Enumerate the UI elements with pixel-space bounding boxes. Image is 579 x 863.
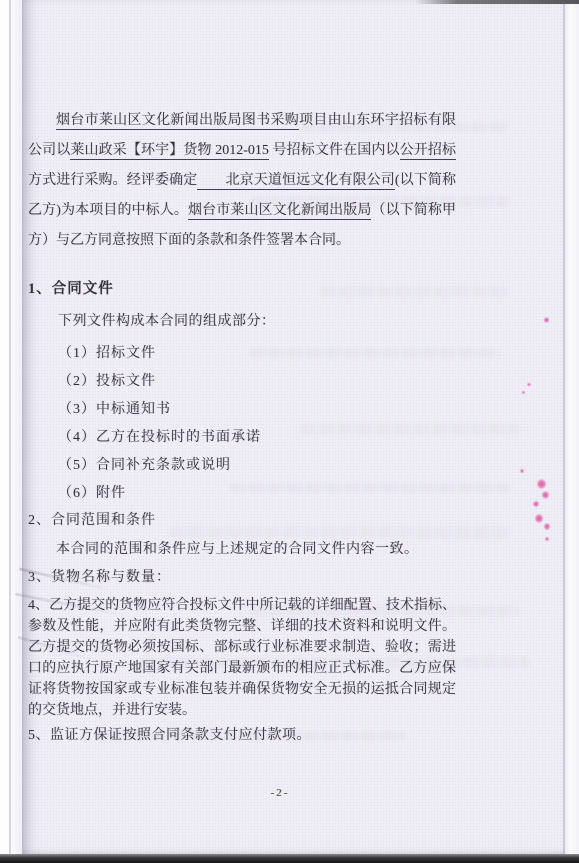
clause-5-body: 5、监证方保证按照合同条款支付应付款项。 [28, 725, 456, 746]
list-item: （3）中标通知书 [58, 396, 456, 424]
underlined-text: 烟台市莱山区文化新闻出版局 [188, 203, 371, 220]
underlined-text: 北京天道恒远文化有限公司 [197, 173, 395, 190]
list-item: （5）合同补充条款或说明 [58, 452, 456, 480]
scanner-left-backing [0, 0, 22, 863]
scanner-right-backing [565, 0, 579, 856]
underlined-text: 公开招标 [400, 143, 456, 160]
intro-paragraph: 烟台市莱山区文化新闻出版局图书采购项目由山东环宇招标有限公司以莱山政采【环宇】货… [28, 106, 456, 256]
contract-documents-list: （1）招标文件 （2）投标文件 （3）中标通知书 （4）乙方在投标时的书面承诺 … [58, 340, 456, 508]
scanner-bottom-edge [0, 854, 579, 863]
clause-3-heading: 3、货物名称与数量： [28, 567, 456, 589]
list-item: （2）投标文件 [58, 368, 456, 396]
underlined-text: 烟台市莱山区文化新闻出版局图书采购 [56, 113, 299, 130]
list-item: （1）招标文件 [58, 340, 456, 368]
list-item: （4）乙方在投标时的书面承诺 [58, 424, 456, 452]
clause-1-heading: 1、合同文件 [28, 278, 456, 300]
plain-text: 号招标文件在国内以 [269, 143, 400, 158]
underlined-text: 莱山政采【环宇】货物 2012-015 [70, 143, 269, 160]
contract-body: 烟台市莱山区文化新闻出版局图书采购项目由山东环宇招标有限公司以莱山政采【环宇】货… [28, 0, 456, 746]
clause-2-heading: 2、合同范围和条件 [28, 510, 456, 532]
scanner-top-edge [415, 0, 579, 4]
list-item: （6）附件 [58, 480, 456, 508]
sheet-edge-line [9, 0, 11, 855]
clause-4-body: 4、乙方提交的货物应符合投标文件中所记载的详细配置、技术指标、参数及性能，并应附… [28, 595, 456, 721]
clause-2-body: 本合同的范围和条件应与上述规定的合同文件内容一致。 [28, 540, 456, 560]
clause-1-lead: 下列文件构成本合同的组成部分： [58, 312, 456, 332]
page-number: -2- [230, 787, 330, 799]
scanned-document: 烟台市莱山区文化新闻出版局图书采购项目由山东环宇招标有限公司以莱山政采【环宇】货… [0, 0, 579, 863]
plain-text: 方式进行采购。经评委确定 [28, 173, 197, 188]
